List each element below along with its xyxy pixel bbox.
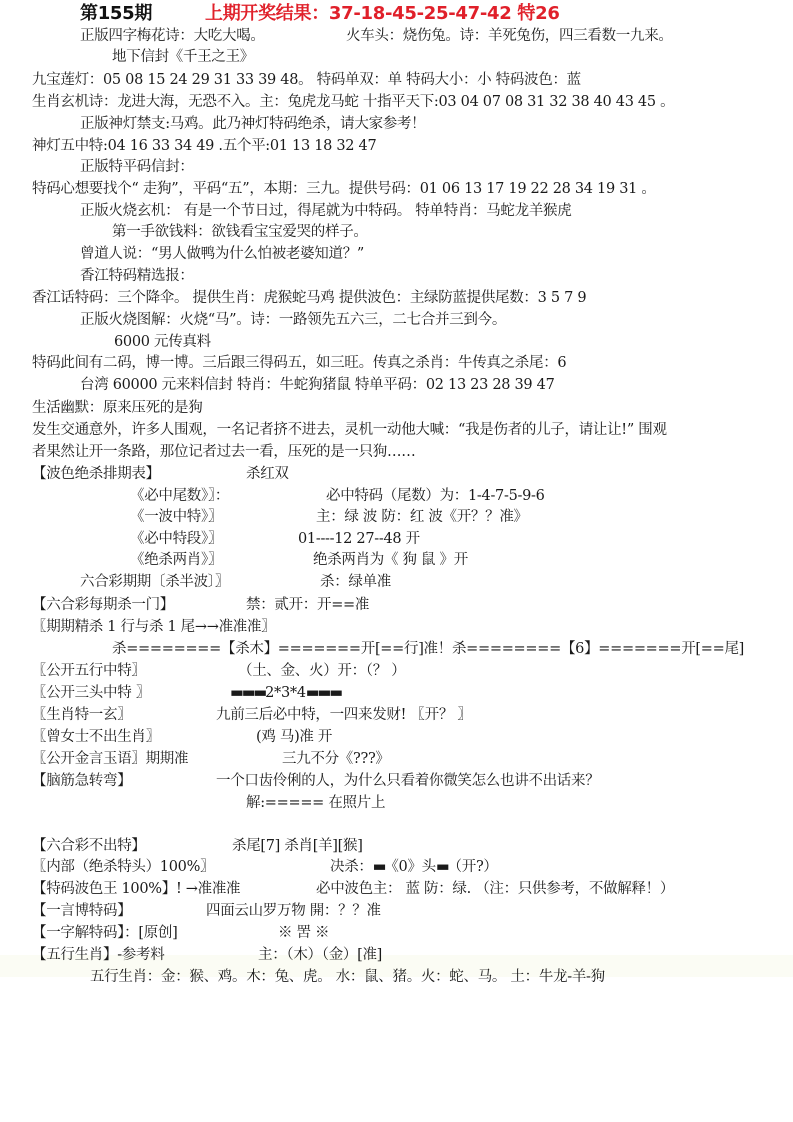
section-value: 禁：贰开：开==准 <box>246 595 369 615</box>
text-line: 特码心想要找个“ 走狗”，平码“五”，本期：三九。提供号码：01 06 13 1… <box>32 179 656 199</box>
text-line: 香江话特码：三个降伞。 提供生肖：虎猴蛇马鸡 提供波色：主绿防蓝提供尾数：3 5… <box>32 288 586 308</box>
black-bar-icon: ▬ <box>436 858 448 875</box>
row-label: 《一波中特》〗 <box>130 509 222 525</box>
text-line: 【五行生肖】-参考料 主：（木）（金）[准] <box>32 945 164 965</box>
text-line: 地下信封《千王之王》 <box>112 47 254 67</box>
row-value: 01----12 27--48 开 <box>298 529 420 549</box>
row-value: 主：绿 波 防：红 波《开？？准》 <box>316 507 528 527</box>
text-line: 〖内部（绝杀特头）100%〗 决杀：▬《0》头▬（开?） <box>32 857 214 877</box>
section-value: 四面云山罗万物 開：？？准 <box>206 901 381 921</box>
plum-poem: 正版四字梅花诗：大吃大喝。 <box>80 28 265 44</box>
row-label: 〖公开金言玉语〗期期准 <box>32 751 188 767</box>
text-line: 正版四字梅花诗：大吃大喝。 火车头：烧伤兔。诗：羊死兔伤，四三看数一九来。 <box>80 26 265 46</box>
text-line: 发生交通意外，许多人围观，一名记者挤不进去，灵机一动他大喊：“我是伤者的儿子，请… <box>32 420 667 440</box>
section-heading: 【一字解特码】：[原创] <box>32 925 177 941</box>
section-heading: 【波色绝杀排期表】 <box>32 466 160 482</box>
row-value: 决杀：▬《0》头▬（开?） <box>330 857 498 877</box>
row-label: 〖曾女士不出生肖〗 <box>32 729 160 745</box>
text-line: 〖生肖特一玄〗 九前三后必中特，一四来发财! 〖开？ 〗 <box>32 705 131 725</box>
row-value: (鸡 马)准 开 <box>256 727 332 747</box>
text-line: 杀========【杀木】=======开[==行]准！杀========【6】… <box>112 639 744 659</box>
section-value: 杀尾[7] 杀肖[羊][猴] <box>232 836 363 856</box>
text-line: 《一波中特》〗 主：绿 波 防：红 波《开？？准》 <box>130 507 222 527</box>
last-draw-result: 上期开奖结果：37-18-45-25-47-42 特26 <box>205 4 560 24</box>
text-line: 神灯五中特:04 16 33 34 49 .五个平:01 13 18 32 47 <box>32 136 376 156</box>
row-value: 绝杀两肖为《 狗 鼠 》开 <box>313 550 468 570</box>
text-line: 曾道人说：“男人做鸭为什么怕被老婆知道？” <box>80 244 364 264</box>
text-line: 正版神灯禁支:马鸡。此乃神灯特码绝杀，请大家参考！ <box>80 114 425 134</box>
text-line: 〖曾女士不出生肖〗 (鸡 马)准 开 <box>32 727 160 747</box>
text-line: 〖公开金言玉语〗期期准 三九不分《???》 <box>32 749 188 769</box>
section-value: 主：（木）（金）[准] <box>258 945 382 965</box>
row-value: 必中特码（尾数）为：1-4-7-5-9-6 <box>326 486 545 506</box>
row-label: 《必中特段》〗 <box>130 531 222 547</box>
text-line: 【特码波色王 100%】! →准准准 必中波色主： 蓝 防：绿. （注：只供参考… <box>32 879 240 899</box>
text-line: 《绝杀两肖》〗 绝杀两肖为《 狗 鼠 》开 <box>130 550 222 570</box>
kill-label: 决杀： <box>330 859 373 875</box>
text-line: 〖公开三头中特 〗 ▬▬▬2*3*4▬▬▬ <box>32 683 150 703</box>
text-line: 【一言博特码】 四面云山罗万物 開：？？准 <box>32 901 131 921</box>
black-bar-icon: ▬▬▬ <box>230 684 265 701</box>
black-bar-icon: ▬▬▬ <box>306 684 341 701</box>
text-line: 【脑筋急转弯】 一个口齿伶俐的人，为什么只看着你微笑怎么也讲不出话来？ <box>32 771 131 791</box>
section-heading: 【六合彩每期杀一门】 <box>32 597 174 613</box>
text-line: 《必中尾数》〗： 必中特码（尾数）为：1-4-7-5-9-6 <box>130 486 229 506</box>
row-label: 《必中尾数》〗： <box>130 488 229 504</box>
text-line: 者果然让开一条路，那位记者过去一看，压死的是一只狗…… <box>32 442 415 462</box>
row-label: 六合彩期期〔杀半波〕〗 <box>80 574 229 590</box>
text-line: 【六合彩不出特】 杀尾[7] 杀肖[羊][猴] <box>32 836 146 856</box>
row-value: 三九不分《???》 <box>282 749 390 769</box>
row-label: 〖生肖特一玄〗 <box>32 707 131 723</box>
row-label: 〖内部（绝杀特头）100%〗 <box>32 859 214 875</box>
row-value: 必中波色主： 蓝 防：绿. （注：只供参考，不做解释！） <box>316 879 674 899</box>
text-line: 【一字解特码】：[原创] ※ 罟 ※ <box>32 923 177 943</box>
section-heading: 【脑筋急转弯】 <box>32 773 131 789</box>
text-line: 特码此间有二码，博一博。三后跟三得码五，如三旺。传真之杀肖：牛传真之杀尾：6 <box>32 353 566 373</box>
row-label: 《绝杀两肖》〗 <box>130 552 222 568</box>
section-value: ※ 罟 ※ <box>278 923 329 943</box>
section-heading: 【五行生肖】-参考料 <box>32 947 164 963</box>
issue-number: 第155期 <box>80 4 152 24</box>
section-heading: 【一言博特码】 <box>32 903 131 919</box>
text-line: 五行生肖：金：猴、鸡。木：兔、虎。 水：鼠、猪。火：蛇、马。 土：牛龙-羊-狗 <box>90 967 605 987</box>
row-label: 【特码波色王 100%】! →准准准 <box>32 881 240 897</box>
riddle-answer: 解:===== 在照片上 <box>246 793 385 813</box>
row-label: 〖公开五行中特〗 <box>32 663 146 679</box>
text-line: 第一手欲钱料：欲钱看宝宝爱哭的样子。 <box>112 222 368 242</box>
train-head: 火车头：烧伤兔。诗：羊死兔伤，四三看数一九来。 <box>346 26 673 46</box>
text-line: 〖期期精杀 1 行与杀 1 尾→→准准准〗 <box>32 617 275 637</box>
text-line: 《必中特段》〗 01----12 27--48 开 <box>130 529 222 549</box>
head-value: 《0》头 <box>384 859 436 875</box>
row-label: 〖公开三头中特 〗 <box>32 685 150 701</box>
text-line: 【六合彩每期杀一门】 禁：贰开：开==准 <box>32 595 174 615</box>
open-hint: （开?） <box>448 859 498 875</box>
text-line: 生肖玄机诗：龙进大海，无恐不入。主：兔虎龙马蛇 十指平天下:03 04 07 0… <box>32 92 674 112</box>
row-value: 九前三后必中特，一四来发财! 〖开？ 〗 <box>216 705 472 725</box>
black-bar-icon: ▬ <box>373 858 385 875</box>
section-heading: 【六合彩不出特】 <box>32 838 146 854</box>
section-value: 杀红双 <box>246 464 289 484</box>
text-line: 〖公开五行中特〗 （土、金、火）开：（？ ） <box>32 661 146 681</box>
row-value: （土、金、火）开：（？ ） <box>238 661 405 681</box>
text-line: 香江特码精选报： <box>80 266 194 286</box>
text-line: 6000 元传真料 <box>114 332 211 352</box>
text-line: 【波色绝杀排期表】 杀红双 <box>32 464 160 484</box>
text-line: 六合彩期期〔杀半波〕〗 杀：绿单准 <box>80 572 229 592</box>
text-line: 生活幽默：原来压死的是狗 <box>32 398 202 418</box>
text-line: 正版火烧图解：火烧“马”。诗：一路领先五六三，二七合并三到今。 <box>80 310 506 330</box>
row-value: ▬▬▬2*3*4▬▬▬ <box>230 683 341 703</box>
row-value: 杀：绿单准 <box>320 572 391 592</box>
text-line: 正版火烧玄机： 有是一个节日过，得尾就为中特码。 特单特肖：马蛇龙羊猴虎 <box>80 201 571 221</box>
text-line: 正版特平码信封： <box>80 157 194 177</box>
head-numbers: 2*3*4 <box>265 685 306 701</box>
text-line: 九宝莲灯：05 08 15 24 29 31 33 39 48。 特码单双：单 … <box>32 70 581 90</box>
riddle-question: 一个口齿伶俐的人，为什么只看着你微笑怎么也讲不出话来？ <box>216 771 599 791</box>
text-line: 台湾 60000 元来料信封 特肖：牛蛇狗猪鼠 特单平码：02 13 23 28… <box>80 375 555 395</box>
